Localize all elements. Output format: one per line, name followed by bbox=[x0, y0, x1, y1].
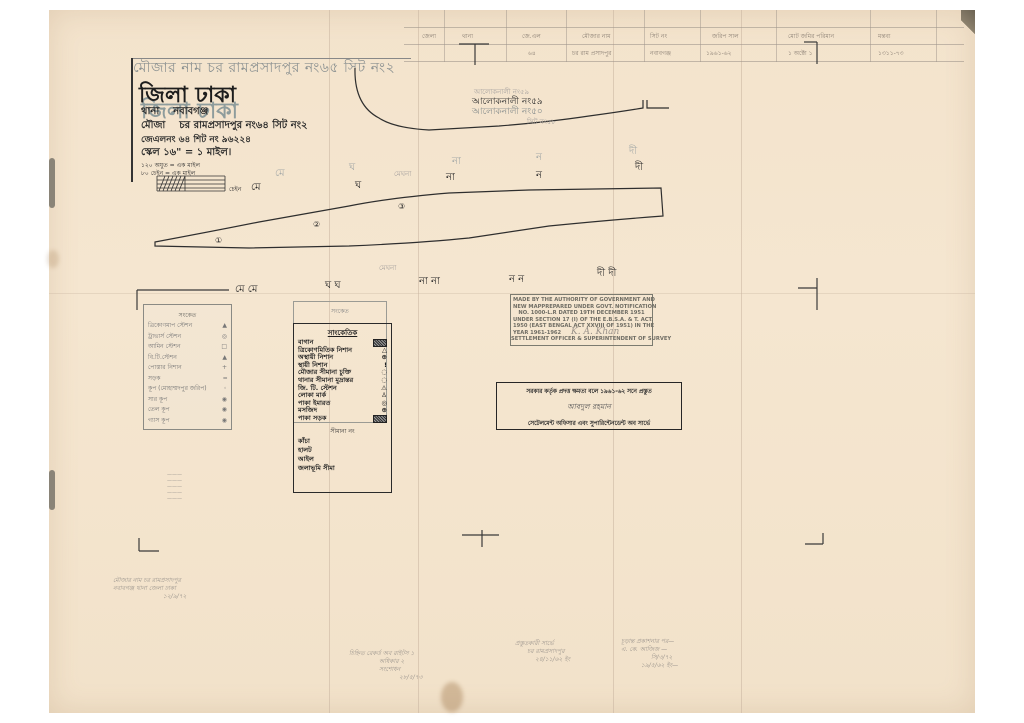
legend-item: পাকা সড়ক bbox=[294, 415, 391, 423]
legend-item: গ্যাস কূপ◉ bbox=[144, 416, 231, 427]
bengali-authority-stamp: সরকার কর্তৃক প্রদত্ত ক্ষমতা বলে ১৯৬১-৬২ … bbox=[496, 382, 682, 430]
signature: আবদুল রহমান bbox=[497, 402, 681, 414]
plot-marker: ② bbox=[313, 220, 320, 229]
river-letter: না bbox=[446, 170, 455, 187]
river-letter: মে মে bbox=[235, 282, 257, 299]
hatch-swatch-icon bbox=[373, 415, 387, 423]
river-letter: না bbox=[452, 154, 461, 171]
handwritten-note: চিহ্নিত রেকর্ড অব রাইটস ১ অধিকার ২ সংশোধ… bbox=[349, 650, 423, 682]
well-icon: ◉ bbox=[222, 395, 227, 406]
well-icon: ◉ bbox=[222, 416, 227, 427]
well-icon: ◦ bbox=[223, 384, 227, 395]
authority-stamp: MADE BY THE AUTHORITY OF GOVERNMENT AND … bbox=[510, 294, 653, 346]
handwritten-note: মৌজার নাম চর রামপ্রসাদপুর নবাবগঞ্জ থানা … bbox=[113, 577, 187, 601]
handwritten-note: প্রস্তুতকারী সার্ভে চর রামপ্রসাদপুর ২৪/১… bbox=[515, 640, 570, 664]
triangle-icon: ▲ bbox=[222, 321, 227, 332]
map-sheet: জেলা থানা জে.এল মৌজার নাম সিট নং জরিপ সা… bbox=[49, 10, 975, 713]
plot-marker: ③ bbox=[398, 202, 405, 211]
plot-marker: ① bbox=[215, 236, 222, 245]
river-letter: ন bbox=[536, 168, 542, 185]
legend-item: সার কূপ◉ bbox=[144, 395, 231, 406]
legend-item: সড়ক═ bbox=[144, 374, 231, 385]
legend-item: তেল কূপ◉ bbox=[144, 405, 231, 416]
river-letter: দী bbox=[629, 144, 637, 161]
handwritten-note: ——— ——— ——— ——— ——— bbox=[167, 472, 182, 502]
handwritten-note: চূড়ান্ত প্রকাশনার পর— এ. কে. আজিজ — সি/… bbox=[621, 638, 678, 670]
river-letter: দী bbox=[635, 160, 643, 177]
legend-item: আমিন স্টেশন□ bbox=[144, 342, 231, 353]
char-land-parcel bbox=[155, 188, 663, 248]
river-letter: ন ন bbox=[509, 272, 524, 289]
legend-item: ত্রিকোণমাপ স্টেশন▲ bbox=[144, 321, 231, 332]
well-icon: ◉ bbox=[222, 405, 227, 416]
legend-item: ট্রাভার্স স্টেশন◎ bbox=[144, 332, 231, 343]
legend-item: বি.টি.স্টেশন▲ bbox=[144, 353, 231, 364]
legend-old: সংকেত ত্রিকোণমাপ স্টেশন▲ ট্রাভার্স স্টেশ… bbox=[143, 304, 232, 430]
crosshair-icon: ⊕ bbox=[382, 407, 387, 415]
legend-title: সংকেত bbox=[144, 310, 231, 321]
pencil-label: মেঘনা bbox=[394, 168, 411, 180]
road-icon: ═ bbox=[223, 374, 227, 385]
side-note: সিট নং৫৮ bbox=[527, 116, 556, 128]
target-icon: ◎ bbox=[222, 332, 227, 343]
river-letter: ঘ ঘ bbox=[325, 278, 341, 295]
legend-item: পোস্তার নিশান+ bbox=[144, 363, 231, 374]
river-letter: না না bbox=[419, 274, 440, 291]
legend-new: সাংকেতিক বাগান ত্রিকোণমিতিক নিশান△ অস্থা… bbox=[293, 323, 392, 493]
legend-item: হালট bbox=[294, 446, 391, 455]
river-letter: ঘ bbox=[355, 178, 361, 195]
plus-icon: + bbox=[222, 363, 227, 374]
river-letter: ন bbox=[536, 150, 542, 167]
pencil-label: মেঘনা bbox=[379, 262, 396, 274]
river-letter: দী দী bbox=[597, 266, 616, 283]
river-letter: মে bbox=[275, 166, 285, 183]
legend-item: জলাভূমি সীমা bbox=[294, 464, 391, 473]
triangle-icon: ▲ bbox=[222, 353, 227, 364]
river-letter: মে bbox=[251, 180, 261, 197]
square-icon: □ bbox=[221, 342, 227, 353]
legend-subtitle: সীমানা নং bbox=[294, 426, 391, 437]
legend-item: আইল bbox=[294, 455, 391, 464]
legend-item: কূপ (মোহাম্মদপুর জরিপ)◦ bbox=[144, 384, 231, 395]
river-letter: ঘ bbox=[349, 160, 355, 177]
legend-item: কাঁচা bbox=[294, 437, 391, 446]
